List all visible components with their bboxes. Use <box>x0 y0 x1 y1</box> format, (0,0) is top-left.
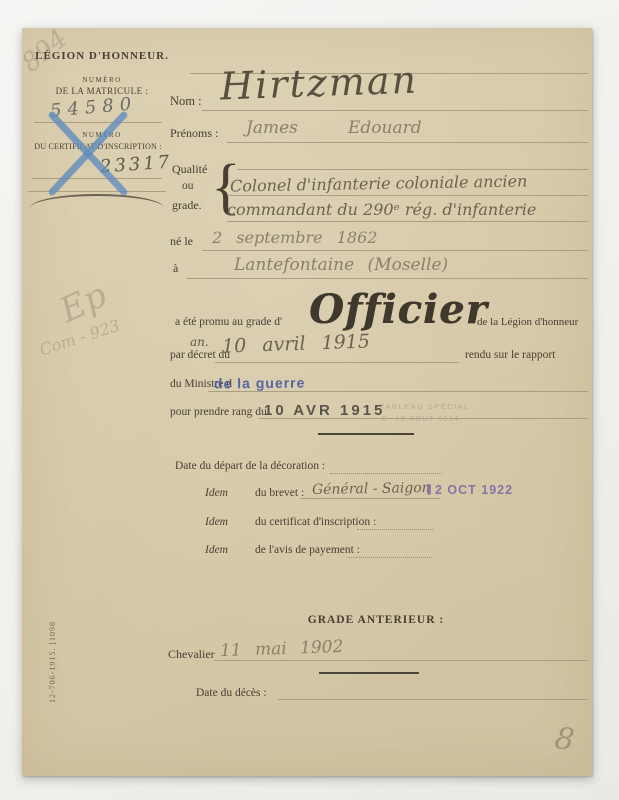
chevalier-label: Chevalier <box>168 647 215 662</box>
scan-background: 894 LÉGION D'HONNEUR. NUMÉRO DE LA MATRI… <box>0 0 619 800</box>
document-paper: 894 LÉGION D'HONNEUR. NUMÉRO DE LA MATRI… <box>22 28 592 776</box>
decret-date-value: 10 avril 1915 <box>222 330 371 357</box>
brevet-date-stamp: 2 OCT 1922 <box>435 483 513 497</box>
promu-prefix: a été promu au grade d' <box>175 316 282 328</box>
matricule-label: DE LA MATRICULE : <box>34 86 170 96</box>
grade-value-line-1: Colonel d'infanterie coloniale ancien <box>230 171 528 195</box>
brevet-label: du brevet : <box>255 487 304 499</box>
rapport-text: rendu sur le rapport <box>465 349 555 361</box>
ministre-rule <box>208 391 588 392</box>
qualite-label-1: Qualité <box>172 162 207 177</box>
payement-label: de l'avis de payement : <box>255 544 360 556</box>
grade-value-line-2: commandant du 290ᵉ rég. d'infanterie <box>227 200 536 219</box>
prenom-2: Edouard <box>348 118 422 138</box>
certificat-flourish-arc <box>30 194 164 208</box>
prenom-1: James <box>246 118 298 138</box>
brevet-value: Général - Saigon <box>312 480 431 498</box>
chevalier-rule <box>214 660 588 661</box>
payement-rule <box>347 557 432 558</box>
qualite-rule-2 <box>227 195 588 196</box>
matricule-numero-label: NUMÉRO <box>34 76 170 84</box>
pencil-corner-flourish: 8 <box>553 721 577 758</box>
brevet-stamp-blob <box>427 484 431 495</box>
certificat-rule-1 <box>32 178 162 179</box>
idem-payement-label: Idem <box>205 544 228 556</box>
ministre-guerre-stamp: de la guerre <box>214 375 306 392</box>
qualite-label-3: grade. <box>172 198 202 213</box>
deces-rule <box>278 699 588 700</box>
section-divider-2 <box>319 672 419 674</box>
section-divider-1 <box>318 433 414 435</box>
certificat-inscription-label: du certificat d'inscription : <box>255 516 376 528</box>
certificat-inscription-rule <box>357 529 433 530</box>
nom-label: Nom : <box>170 94 202 109</box>
brevet-rule <box>300 498 440 499</box>
form-title: LÉGION D'HONNEUR. <box>34 50 170 62</box>
deces-label: Date du décès : <box>196 687 267 699</box>
birth-place-value: Lantefontaine (Moselle) <box>234 255 448 275</box>
qualite-rule-3 <box>227 221 588 222</box>
tableau-special-stamp-line1: TABLEAU SPÉCIAL <box>380 402 470 411</box>
depart-rule <box>330 473 442 474</box>
birth-date-value: 2 septembre 1862 <box>212 228 377 247</box>
depart-label: Date du départ de la décoration : <box>175 460 325 472</box>
ne-le-rule <box>202 250 588 251</box>
tableau-special-stamp-line2: D. 13 AOUT 1914 <box>382 416 460 423</box>
decret-rule <box>215 362 459 363</box>
decret-annotation: an. <box>190 335 209 349</box>
printer-code: 12-706-1915. [1098 <box>48 603 57 703</box>
qualite-label-2: ou <box>182 180 194 192</box>
rang-label: pour prendre rang du <box>170 406 267 418</box>
promu-suffix: de la Légion d'honneur <box>477 316 578 328</box>
idem-brevet-label: Idem <box>205 487 228 499</box>
birthplace-rule <box>187 278 588 279</box>
grade-title: Officier <box>309 286 488 333</box>
grade-anterieur-title: GRADE ANTERIEUR : <box>176 614 576 626</box>
qualite-rule-1 <box>237 169 588 170</box>
birthplace-a-label: à <box>173 261 178 276</box>
prenoms-rule <box>227 142 588 143</box>
rang-date-stamp: 10 AVR 1915 <box>264 402 385 419</box>
nom-rule <box>202 110 588 111</box>
chevalier-date-value: 11 mai 1902 <box>220 637 344 661</box>
decret-label: par décret du <box>170 349 230 361</box>
prenoms-label: Prénoms : <box>170 126 218 141</box>
nom-value: Hirtzman <box>219 58 418 109</box>
ne-le-label: né le <box>170 234 193 249</box>
idem-certificat-label: Idem <box>205 516 228 528</box>
